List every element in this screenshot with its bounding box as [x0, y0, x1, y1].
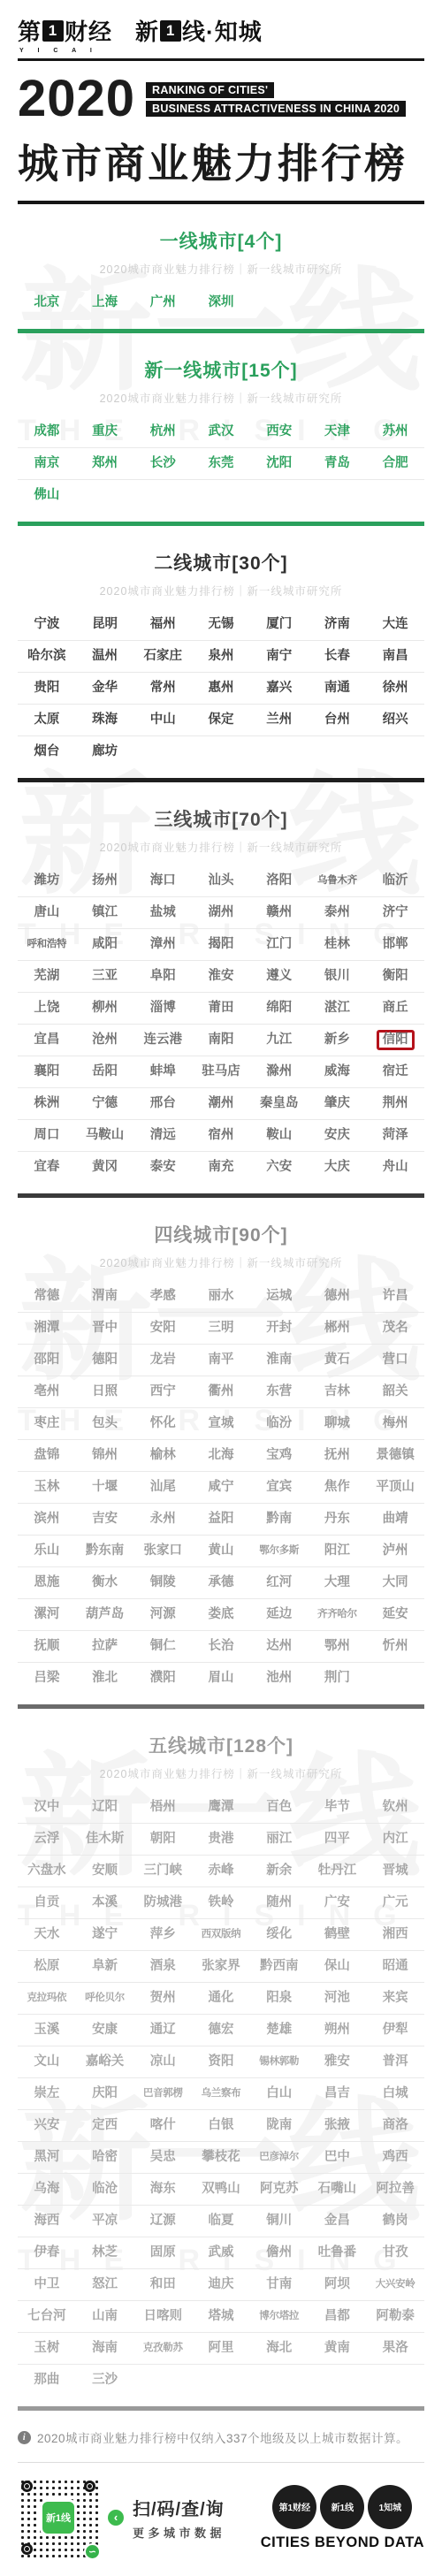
city-row: 中卫怒江和田迪庆甘南阿坝大兴安岭 [18, 2268, 424, 2300]
city-cell: 泉州 [192, 648, 250, 665]
city-cell: 呼伦贝尔 [76, 1990, 134, 2007]
city-cell: 包头 [76, 1415, 134, 1432]
footnote-text: 2020城市商业魅力排行榜中仅纳入337个地级及以上城市数据计算。 [37, 2428, 408, 2446]
city-cell: 拉萨 [76, 1638, 134, 1655]
title-divider [18, 201, 424, 204]
city-cell: 四平 [309, 1831, 367, 1848]
city-cell: 舟山 [366, 1159, 424, 1176]
city-cell: 河源 [133, 1606, 192, 1623]
city-cell: 银川 [309, 968, 367, 985]
city-cell: 铜陵 [133, 1574, 192, 1591]
city-cell: 湖州 [192, 904, 250, 921]
qr-eye-icon [21, 2481, 33, 2492]
city-cell: 克孜勒苏 [133, 2340, 192, 2357]
chevron-left-icon: ‹ [108, 2510, 124, 2526]
city-cell: 马鞍山 [76, 1127, 134, 1144]
city-cell: 岳阳 [76, 1063, 134, 1080]
city-cell: 定西 [76, 2117, 134, 2134]
city-cell: 怀化 [133, 1415, 192, 1432]
city-cell: 莆田 [192, 1000, 250, 1017]
city-cell: 济宁 [366, 904, 424, 921]
city-row: 襄阳岳阳蚌埠驻马店滁州威海宿迁 [18, 1056, 424, 1087]
city-cell: 朔州 [309, 2022, 367, 2039]
city-cell: 洛阳 [250, 873, 309, 889]
city-cell: 玉林 [18, 1479, 76, 1496]
section-subtitle: 2020城市商业魅力排行榜｜新一线城市研究所 [18, 261, 424, 277]
city-cell: 宜宾 [250, 1479, 309, 1496]
city-cell: 丽水 [192, 1288, 250, 1305]
section-tier1: 一线城市[4个]2020城市商业魅力排行榜｜新一线城市研究所北京上海广州深圳 [18, 227, 424, 333]
city-rows: 常德渭南孝感丽水运城德州许昌湘潭晋中安阳三明开封郴州茂名邵阳德阳龙岩南平淮南黄石… [18, 1281, 424, 1694]
city-cell: 遂宁 [76, 1926, 134, 1943]
city-cell: 晋城 [366, 1863, 424, 1879]
english-ribbons: RANKING OF CITIES' BUSINESS ATTRACTIVENE… [146, 82, 406, 117]
scan-query-title: 扫/码/查/询 [133, 2495, 225, 2520]
city-cell: 临夏 [192, 2213, 250, 2229]
city-cell: 达州 [250, 1638, 309, 1655]
city-cell: 绍兴 [366, 712, 424, 728]
city-cell: 九江 [250, 1032, 309, 1048]
city-cell: 佛山 [18, 487, 76, 504]
city-cell: 南充 [192, 1159, 250, 1176]
city-rows: 宁波昆明福州无锡厦门济南大连哈尔滨温州石家庄泉州南宁长春南昌贵阳金华常州惠州嘉兴… [18, 609, 424, 767]
city-cell: 鞍山 [250, 1127, 309, 1144]
city-cell: 六盘水 [18, 1863, 76, 1879]
brand-badge: 1知城 [368, 2485, 412, 2529]
city-cell: 鸡西 [366, 2149, 424, 2166]
city-cell: 崇左 [18, 2085, 76, 2102]
city-cell: 巴彦淖尔 [250, 2149, 309, 2166]
city-cell: 丹东 [309, 1511, 367, 1528]
tier-divider [18, 1704, 424, 1709]
city-row: 周口马鞍山清远宿州鞍山安庆菏泽 [18, 1119, 424, 1151]
city-cell: 温州 [76, 648, 134, 665]
city-cell: 攀枝花 [192, 2149, 250, 2166]
city-cell: 重庆 [76, 423, 134, 440]
tier-divider [18, 329, 424, 333]
city-cell: 娄底 [192, 1606, 250, 1623]
city-cell: 上海 [76, 294, 134, 311]
city-cell: 惠州 [192, 680, 250, 697]
city-cell: 固原 [133, 2244, 192, 2261]
city-cell: 益阳 [192, 1511, 250, 1528]
city-cell: 张家口 [133, 1543, 192, 1559]
city-row: 抚顺拉萨铜仁长治达州鄂州忻州 [18, 1630, 424, 1662]
ribbon-line2: BUSINESS ATTRACTIVENESS IN CHINA 2020 [146, 101, 406, 117]
city-cell: 张家界 [192, 1958, 250, 1975]
city-cell: 陇南 [250, 2117, 309, 2134]
zhicheng-logo-text2: 线·知城 [182, 14, 263, 47]
section-tier2: 二线城市[30个]2020城市商业魅力排行榜｜新一线城市研究所宁波昆明福州无锡厦… [18, 549, 424, 782]
city-cell: 开封 [250, 1320, 309, 1337]
city-cell: 台州 [309, 712, 367, 728]
city-cell: 襄阳 [18, 1063, 76, 1080]
city-cell: 白山 [250, 2085, 309, 2102]
city-cell: 曲靖 [366, 1511, 424, 1528]
section-subtitle: 2020城市商业魅力排行榜｜新一线城市研究所 [18, 583, 424, 598]
tier-divider [18, 2406, 424, 2411]
brand-slogan: CITIES BEYOND DATA [261, 2534, 424, 2551]
city-cell: 南平 [192, 1352, 250, 1368]
city-cell: 吴忠 [133, 2149, 192, 2166]
city-cell: 许昌 [366, 1288, 424, 1305]
city-cell: 济南 [309, 616, 367, 633]
city-cell: 普洱 [366, 2054, 424, 2070]
city-row: 漯河葫芦岛河源娄底延边齐齐哈尔延安 [18, 1598, 424, 1630]
city-cell: 淄博 [133, 1000, 192, 1017]
city-row: 上饶柳州淄博莆田绵阳湛江商丘 [18, 992, 424, 1024]
ribbon-line1: RANKING OF CITIES' [146, 82, 274, 98]
city-cell: 抚州 [309, 1447, 367, 1464]
city-cell: 牡丹江 [309, 1863, 367, 1879]
yicai-logo-one-icon: 1 [42, 20, 64, 42]
city-cell: 阳泉 [250, 1990, 309, 2007]
zhicheng-logo: 新1线·知城 [135, 14, 263, 47]
city-cell: 安阳 [133, 1320, 192, 1337]
city-cell: 衡阳 [366, 968, 424, 985]
city-cell: 宁波 [18, 616, 76, 633]
city-cell: 咸宁 [192, 1479, 250, 1496]
city-cell: 聊城 [309, 1415, 367, 1432]
section-title: 四线城市[90个] [18, 1221, 424, 1247]
city-cell: 承德 [192, 1574, 250, 1591]
city-cell: 枣庄 [18, 1415, 76, 1432]
city-cell: 海东 [133, 2181, 192, 2198]
city-cell: 连云港 [133, 1032, 192, 1048]
city-cell: 眉山 [192, 1670, 250, 1687]
city-cell: 楚雄 [250, 2022, 309, 2039]
city-cell: 红河 [250, 1574, 309, 1591]
city-cell: 昆明 [76, 616, 134, 633]
city-row: 玉树海南克孜勒苏阿里海北黄南果洛 [18, 2332, 424, 2364]
city-cell: 漯河 [18, 1606, 76, 1623]
city-cell: 贵港 [192, 1831, 250, 1848]
city-rows: 潍坊扬州海口汕头洛阳乌鲁木齐临沂唐山镇江盐城湖州赣州泰州济宁呼和浩特咸阳漳州揭阳… [18, 865, 424, 1183]
city-cell: 阿拉善 [366, 2181, 424, 2198]
city-cell: 十堰 [76, 1479, 134, 1496]
city-cell: 日喀则 [133, 2308, 192, 2325]
city-cell: 延边 [250, 1606, 309, 1623]
city-cell: 珠海 [76, 712, 134, 728]
city-cell: 淮南 [250, 1352, 309, 1368]
city-cell: 三门峡 [133, 1863, 192, 1879]
city-cell: 兰州 [250, 712, 309, 728]
city-cell: 临沧 [76, 2181, 134, 2198]
city-cell: 荆州 [366, 1095, 424, 1112]
city-cell: 哈密 [76, 2149, 134, 2166]
city-cell: 漳州 [133, 936, 192, 953]
city-rows: 北京上海广州深圳 [18, 287, 424, 318]
city-cell: 贺州 [133, 1990, 192, 2007]
city-row: 六盘水安顺三门峡赤峰新余牡丹江晋城 [18, 1855, 424, 1886]
city-cell: 德宏 [192, 2022, 250, 2039]
brand-badge: 第1财经 [272, 2485, 316, 2529]
city-row: 哈尔滨温州石家庄泉州南宁长春南昌 [18, 640, 424, 672]
city-cell: 荆门 [309, 1670, 367, 1687]
city-cell: 成都 [18, 423, 76, 440]
city-cell: 阳江 [309, 1543, 367, 1559]
city-cell: 昌吉 [309, 2085, 367, 2102]
city-cell: 秦皇岛 [250, 1095, 309, 1112]
city-cell: 信阳 [366, 1032, 424, 1048]
city-cell: 周口 [18, 1127, 76, 1144]
city-cell: 甘南 [250, 2276, 309, 2293]
city-cell: 伊春 [18, 2244, 76, 2261]
city-row: 亳州日照西宁衢州东营吉林韶关 [18, 1376, 424, 1407]
city-cell: 渭南 [76, 1288, 134, 1305]
city-row: 自贡本溪防城港铁岭随州广安广元 [18, 1886, 424, 1918]
city-row: 伊春林芝固原武威儋州吐鲁番甘孜 [18, 2237, 424, 2268]
city-cell: 贵阳 [18, 680, 76, 697]
city-cell: 潍坊 [18, 873, 76, 889]
city-cell: 北海 [192, 1447, 250, 1464]
city-row: 烟台廊坊 [18, 735, 424, 767]
city-cell: 湛江 [309, 1000, 367, 1017]
city-cell: 中山 [133, 712, 192, 728]
tier-divider [18, 1193, 424, 1198]
city-cell: 广元 [366, 1894, 424, 1911]
city-cell: 西安 [250, 423, 309, 440]
footnote-divider [18, 2462, 424, 2463]
qr-eye-icon [21, 2543, 33, 2555]
city-cell: 黄南 [309, 2340, 367, 2357]
city-cell: 绥化 [250, 1926, 309, 1943]
page-title: 城市商业魅力排行榜 [18, 132, 424, 190]
header-logos: 第1财经 Y I C A I 新1线·知城 [18, 0, 424, 51]
city-cell: 徐州 [366, 680, 424, 697]
city-cell: 泸州 [366, 1543, 424, 1559]
city-row: 乌海临沧海东双鸭山阿克苏石嘴山阿拉善 [18, 2173, 424, 2205]
city-cell: 阿克苏 [250, 2181, 309, 2198]
city-cell: 赣州 [250, 904, 309, 921]
city-cell: 扬州 [76, 873, 134, 889]
city-cell: 河池 [309, 1990, 367, 2007]
city-cell: 淮安 [192, 968, 250, 985]
qr-corner-s-icon: ∽ [84, 2543, 101, 2560]
city-cell: 玉树 [18, 2340, 76, 2357]
city-cell: 邢台 [133, 1095, 192, 1112]
city-cell: 蚌埠 [133, 1063, 192, 1080]
qr-group: 新1线 ∽ ‹ 扫/码/查/询 更多城市数据 [18, 2477, 225, 2558]
city-cell: 果洛 [366, 2340, 424, 2357]
city-cell: 合肥 [366, 455, 424, 472]
city-cell: 南通 [309, 680, 367, 697]
city-cell: 那曲 [18, 2372, 76, 2389]
city-cell: 日照 [76, 1383, 134, 1400]
city-row: 唐山镇江盐城湖州赣州泰州济宁 [18, 896, 424, 928]
city-cell: 运城 [250, 1288, 309, 1305]
city-cell: 盐城 [133, 904, 192, 921]
city-cell: 玉溪 [18, 2022, 76, 2039]
city-cell: 阜阳 [133, 968, 192, 985]
city-cell: 龙岩 [133, 1352, 192, 1368]
city-cell: 大同 [366, 1574, 424, 1591]
section-title: 五线城市[128个] [18, 1732, 424, 1758]
yicai-logo-text: 第 [18, 14, 42, 47]
city-row: 宜春黄冈泰安南充六安大庆舟山 [18, 1151, 424, 1183]
city-cell: 黄山 [192, 1543, 250, 1559]
city-cell: 通辽 [133, 2022, 192, 2039]
city-cell: 德阳 [76, 1352, 134, 1368]
city-row: 文山嘉峪关凉山资阳锡林郭勒雅安普洱 [18, 2046, 424, 2077]
city-cell: 咸阳 [76, 936, 134, 953]
city-cell: 新余 [250, 1863, 309, 1879]
city-cell: 铜仁 [133, 1638, 192, 1655]
city-cell: 濮阳 [133, 1670, 192, 1687]
city-cell: 博尔塔拉 [250, 2308, 309, 2325]
city-cell: 乐山 [18, 1543, 76, 1559]
city-cell: 恩施 [18, 1574, 76, 1591]
city-cell: 佳木斯 [76, 1831, 134, 1848]
city-cell: 平顶山 [366, 1479, 424, 1496]
city-cell: 乌兰察布 [192, 2085, 250, 2102]
city-cell: 南宁 [250, 648, 309, 665]
city-cell: 巴音郭楞 [133, 2085, 192, 2102]
city-cell: 汉中 [18, 1799, 76, 1816]
city-cell: 韶关 [366, 1383, 424, 1400]
city-cell: 盘锦 [18, 1447, 76, 1464]
city-cell: 上饶 [18, 1000, 76, 1017]
city-row: 七台河山南日喀则塔城博尔塔拉昌都阿勒泰 [18, 2300, 424, 2332]
city-cell: 潮州 [192, 1095, 250, 1112]
city-cell: 东营 [250, 1383, 309, 1400]
city-cell: 丽江 [250, 1831, 309, 1848]
city-cell: 常州 [133, 680, 192, 697]
city-row: 宜昌沧州连云港南阳九江新乡信阳 [18, 1024, 424, 1056]
city-cell: 广安 [309, 1894, 367, 1911]
city-cell: 黔南 [250, 1511, 309, 1528]
city-cell: 海口 [133, 873, 192, 889]
city-cell: 抚顺 [18, 1638, 76, 1655]
city-cell: 遵义 [250, 968, 309, 985]
year-2020: 2020 [18, 73, 135, 125]
city-cell: 鄂尔多斯 [250, 1543, 309, 1559]
city-cell: 大兴安岭 [366, 2276, 424, 2293]
city-cell: 鹤壁 [309, 1926, 367, 1943]
city-cell: 德州 [309, 1288, 367, 1305]
city-cell: 榆林 [133, 1447, 192, 1464]
city-cell: 怒江 [76, 2276, 134, 2293]
city-row: 云浮佳木斯朝阳贵港丽江四平内江 [18, 1823, 424, 1855]
city-cell: 齐齐哈尔 [309, 1606, 367, 1623]
city-cell: 宿迁 [366, 1063, 424, 1080]
city-cell: 驻马店 [192, 1063, 250, 1080]
city-cell: 黑河 [18, 2149, 76, 2166]
city-cell: 杭州 [133, 423, 192, 440]
city-cell: 景德镇 [366, 1447, 424, 1464]
city-cell: 石嘴山 [309, 2181, 367, 2198]
city-cell: 南京 [18, 455, 76, 472]
city-cell: 邵阳 [18, 1352, 76, 1368]
section-subtitle: 2020城市商业魅力排行榜｜新一线城市研究所 [18, 390, 424, 406]
city-cell: 安顺 [76, 1863, 134, 1879]
city-cell: 葫芦岛 [76, 1606, 134, 1623]
city-cell: 呼和浩特 [18, 936, 76, 953]
city-cell: 保山 [309, 1958, 367, 1975]
city-highlight-box: 信阳 [377, 1030, 415, 1050]
city-cell: 营口 [366, 1352, 424, 1368]
city-cell: 锦州 [76, 1447, 134, 1464]
city-cell: 吐鲁番 [309, 2244, 367, 2261]
city-cell: 吕梁 [18, 1670, 76, 1687]
city-cell: 衢州 [192, 1383, 250, 1400]
zhicheng-logo-one-icon: 1 [160, 20, 181, 42]
city-row: 克拉玛依呼伦贝尔贺州通化阳泉河池来宾 [18, 1982, 424, 2014]
brand-badges: 第1财经新1线1知城 [272, 2485, 412, 2529]
city-cell: 郴州 [309, 1320, 367, 1337]
brand-block: 第1财经新1线1知城 CITIES BEYOND DATA [261, 2485, 424, 2551]
city-cell: 新乡 [309, 1032, 367, 1048]
section-tier5: 五线城市[128个]2020城市商业魅力排行榜｜新一线城市研究所汉中辽阳梧州鹰潭… [18, 1732, 424, 2411]
city-cell: 塔城 [192, 2308, 250, 2325]
city-cell: 汕头 [192, 873, 250, 889]
city-row: 湘潭晋中安阳三明开封郴州茂名 [18, 1312, 424, 1344]
city-cell: 阜新 [76, 1958, 134, 1975]
city-cell: 张掖 [309, 2117, 367, 2134]
city-cell: 天水 [18, 1926, 76, 1943]
tier-divider [18, 778, 424, 782]
city-cell: 萍乡 [133, 1926, 192, 1943]
city-cell: 忻州 [366, 1638, 424, 1655]
city-row: 枣庄包头怀化宣城临汾聊城梅州 [18, 1407, 424, 1439]
city-cell: 芜湖 [18, 968, 76, 985]
city-cell: 沧州 [76, 1032, 134, 1048]
section-title: 一线城市[4个] [18, 227, 424, 254]
city-rows: 成都重庆杭州武汉西安天津苏州南京郑州长沙东莞沈阳青岛合肥佛山 [18, 416, 424, 511]
city-cell: 长治 [192, 1638, 250, 1655]
city-cell: 黔东南 [76, 1543, 134, 1559]
city-cell: 白城 [366, 2085, 424, 2102]
city-cell: 永州 [133, 1511, 192, 1528]
city-cell: 双鸭山 [192, 2181, 250, 2198]
city-cell: 东莞 [192, 455, 250, 472]
city-cell: 北京 [18, 294, 76, 311]
city-cell: 林芝 [76, 2244, 134, 2261]
city-cell: 长春 [309, 648, 367, 665]
city-cell: 西宁 [133, 1383, 192, 1400]
city-cell: 揭阳 [192, 936, 250, 953]
section-subtitle: 2020城市商业魅力排行榜｜新一线城市研究所 [18, 1765, 424, 1781]
city-cell: 七台河 [18, 2308, 76, 2325]
city-cell: 西双版纳 [192, 1926, 250, 1943]
city-cell: 鹰潭 [192, 1799, 250, 1816]
city-cell: 鄂州 [309, 1638, 367, 1655]
zhicheng-logo-text: 新 [135, 14, 159, 47]
city-cell: 云浮 [18, 1831, 76, 1848]
city-row: 潍坊扬州海口汕头洛阳乌鲁木齐临沂 [18, 865, 424, 896]
city-cell: 汕尾 [133, 1479, 192, 1496]
city-cell: 金昌 [309, 2213, 367, 2229]
city-cell: 嘉兴 [250, 680, 309, 697]
city-cell: 白银 [192, 2117, 250, 2134]
city-row: 玉溪安康通辽德宏楚雄朔州伊犁 [18, 2014, 424, 2046]
city-cell: 海北 [250, 2340, 309, 2357]
city-cell: 文山 [18, 2054, 76, 2070]
city-row: 贵阳金华常州惠州嘉兴南通徐州 [18, 672, 424, 704]
city-cell: 儋州 [250, 2244, 309, 2261]
footnote: i 2020城市商业魅力排行榜中仅纳入337个地级及以上城市数据计算。 [18, 2428, 424, 2446]
city-cell: 松原 [18, 1958, 76, 1975]
city-cell: 六安 [250, 1159, 309, 1176]
city-cell: 江门 [250, 936, 309, 953]
city-cell: 吉林 [309, 1383, 367, 1400]
city-cell: 菏泽 [366, 1127, 424, 1144]
city-cell: 海西 [18, 2213, 76, 2229]
city-row: 盘锦锦州榆林北海宝鸡抚州景德镇 [18, 1439, 424, 1471]
city-row: 南京郑州长沙东莞沈阳青岛合肥 [18, 447, 424, 479]
city-row: 玉林十堰汕尾咸宁宜宾焦作平顶山 [18, 1471, 424, 1503]
city-cell: 宣城 [192, 1415, 250, 1432]
